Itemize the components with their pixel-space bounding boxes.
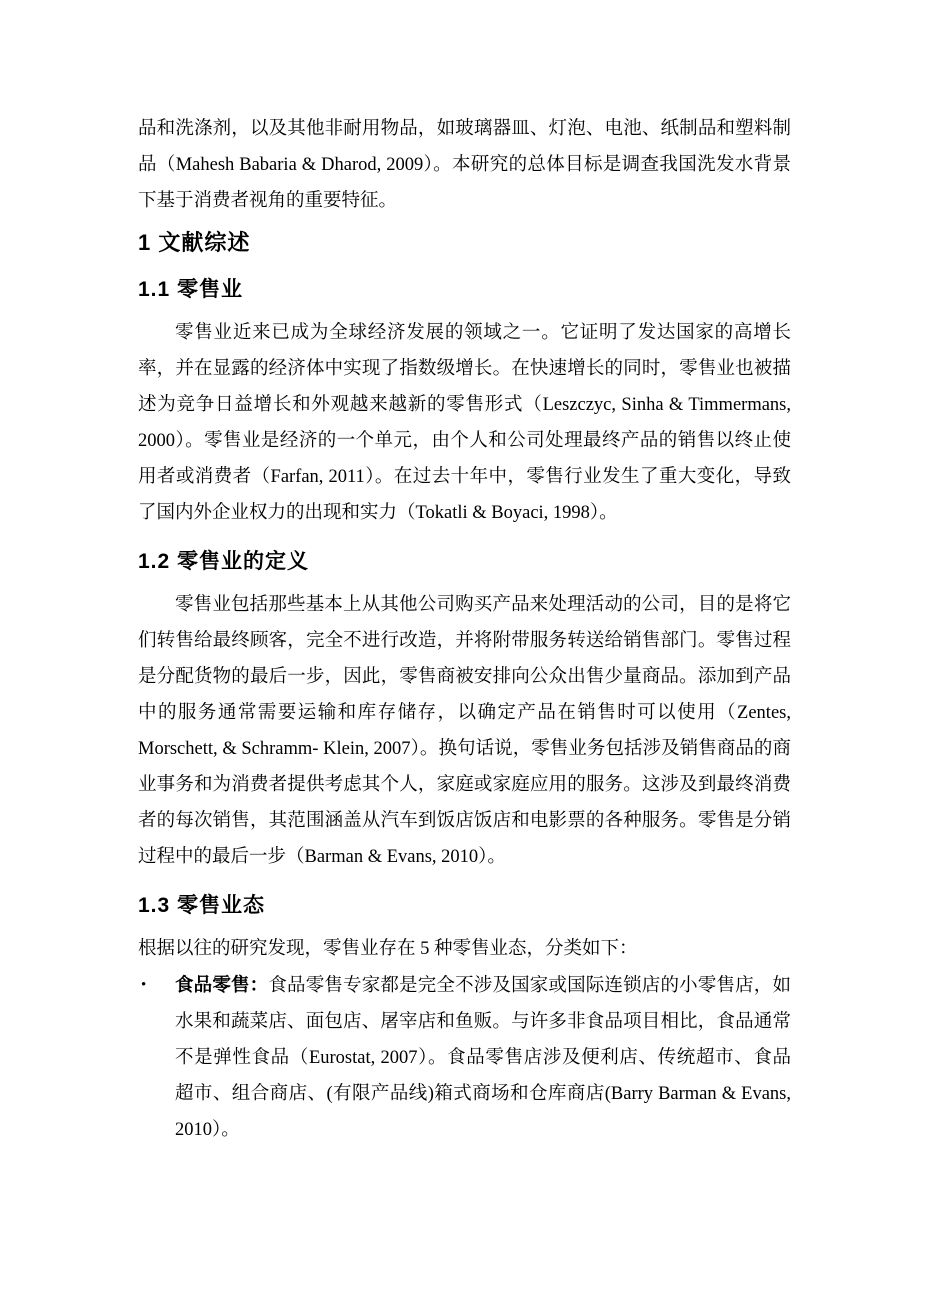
bullet-icon: • (138, 967, 175, 1003)
list-item-text: 食品零售专家都是完全不涉及国家或国际连锁店的小零售店，如水果和蔬菜店、面包店、屠… (175, 976, 791, 1140)
subsection-heading-retail-definition: 1.2 零售业的定义 (138, 547, 791, 577)
paragraph-retail-industry: 零售业近来已成为全球经济发展的领域之一。它证明了发达国家的高增长率，并在显露的经… (138, 315, 791, 531)
list-item-label: 食品零售： (175, 974, 268, 995)
subsection-heading-retail-formats: 1.3 零售业态 (138, 891, 791, 921)
paragraph-retail-definition: 零售业包括那些基本上从其他公司购买产品来处理活动的公司，目的是将它们转售给最终顾… (138, 587, 791, 875)
intro-paragraph: 品和洗涤剂，以及其他非耐用物品，如玻璃器皿、灯泡、电池、纸制品和塑料制品（Mah… (138, 111, 791, 219)
paragraph-retail-formats-lead: 根据以往的研究发现，零售业存在 5 种零售业态，分类如下： (138, 931, 791, 967)
retail-format-list: • 食品零售：食品零售专家都是完全不涉及国家或国际连锁店的小零售店，如水果和蔬菜… (138, 967, 791, 1148)
list-item-food-retail: • 食品零售：食品零售专家都是完全不涉及国家或国际连锁店的小零售店，如水果和蔬菜… (138, 967, 791, 1148)
subsection-heading-retail-industry: 1.1 零售业 (138, 275, 791, 305)
section-heading-literature-review: 1 文献综述 (138, 227, 791, 259)
list-item-content: 食品零售：食品零售专家都是完全不涉及国家或国际连锁店的小零售店，如水果和蔬菜店、… (175, 967, 791, 1148)
document-page: 品和洗涤剂，以及其他非耐用物品，如玻璃器皿、灯泡、电池、纸制品和塑料制品（Mah… (0, 0, 926, 1310)
